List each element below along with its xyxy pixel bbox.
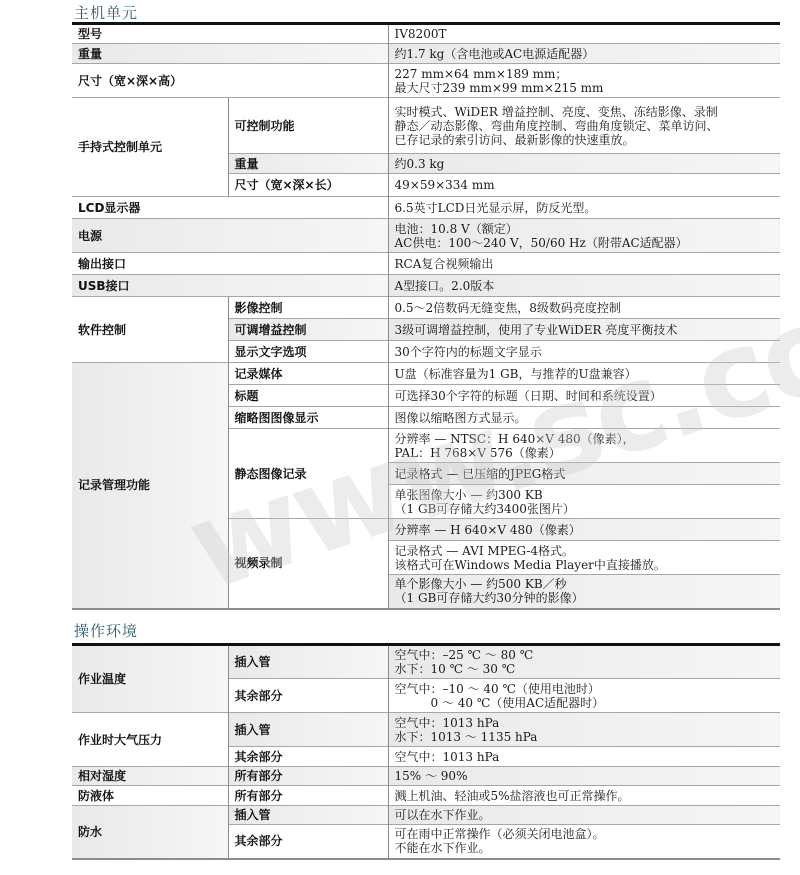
row-value: 图像以缩略图方式显示。 — [388, 407, 780, 429]
value-line: 可在雨中正常操作（必须关闭电池盒）。 — [395, 827, 781, 841]
row-label: 尺寸（宽×深×高） — [72, 64, 388, 98]
table-row: 相对湿度 所有部分 15% ～ 90% — [72, 767, 780, 786]
row-part: 所有部分 — [228, 786, 388, 806]
value-line: 单张图像大小 — 约300 KB — [395, 488, 781, 502]
value-line: 0 ～ 40 ℃（使用AC适配器时） — [395, 696, 781, 710]
row-label: 相对湿度 — [72, 767, 228, 786]
row-value: 15% ～ 90% — [388, 767, 780, 786]
row-label: 其余部分 — [228, 679, 388, 713]
value-line: 单个影像大小 — 约500 KB／秒 — [395, 577, 781, 591]
value-line: 水下：10 ℃ ～ 30 ℃ — [395, 662, 781, 676]
table-row: 作业时大气压力 插入管 空气中：1013 hPa 水下：1013 ～ 1135 … — [72, 713, 780, 747]
row-label: 重量 — [228, 154, 388, 174]
row-label: USB接口 — [72, 275, 388, 297]
table-row: 型号 IV8200T — [72, 24, 780, 44]
table-row: 手持式控制单元 可控制功能 实时模式、WiDER 增益控制、亮度、变焦、冻结影像… — [72, 98, 780, 154]
row-value: 空气中：–25 ℃ ～ 80 ℃ 水下：10 ℃ ～ 30 ℃ — [388, 645, 780, 679]
value-line: 空气中：1013 hPa — [395, 716, 781, 730]
row-label: 标题 — [228, 385, 388, 407]
value-line: 实时模式、WiDER 增益控制、亮度、变焦、冻结影像、录制 — [395, 105, 781, 119]
row-value: A型接口。2.0版本 — [388, 275, 780, 297]
table-row: 电源 电池：10.8 V（额定） AC供电：100～240 V，50/60 Hz… — [72, 219, 780, 253]
row-label: 可控制功能 — [228, 98, 388, 154]
group-label: 作业温度 — [72, 645, 228, 713]
value-line: 空气中：–25 ℃ ～ 80 ℃ — [395, 648, 781, 662]
row-value: 空气中：–10 ～ 40 ℃（使用电池时） 0 ～ 40 ℃（使用AC适配器时） — [388, 679, 780, 713]
row-value: 记录格式 — 已压缩的JPEG格式 — [388, 463, 780, 485]
row-label: 视频录制 — [228, 519, 388, 609]
table-row: 作业温度 插入管 空气中：–25 ℃ ～ 80 ℃ 水下：10 ℃ ～ 30 ℃ — [72, 645, 780, 679]
value-line: 最大尺寸239 mm×99 mm×215 mm — [395, 81, 781, 95]
row-value: 实时模式、WiDER 增益控制、亮度、变焦、冻结影像、录制 静态／动态影像、弯曲… — [388, 98, 780, 154]
value-line: 水下：1013 ～ 1135 hPa — [395, 730, 781, 744]
row-value: 3级可调增益控制，使用了专业WiDER 亮度平衡技术 — [388, 319, 780, 341]
value-line: 空气中：–10 ～ 40 ℃（使用电池时） — [395, 682, 781, 696]
row-label: 插入管 — [228, 806, 388, 825]
row-value: 单个影像大小 — 约500 KB／秒 （1 GB可存储大约30分钟的影像） — [388, 575, 780, 609]
table-row: 防液体 所有部分 溅上机油、轻油或5%盐溶液也可正常操作。 — [72, 786, 780, 806]
table-row: 输出接口 RCA复合视频输出 — [72, 253, 780, 275]
value-line: （1 GB可存储大约30分钟的影像） — [395, 591, 781, 605]
row-label: 型号 — [72, 24, 388, 44]
row-value: 空气中：1013 hPa 水下：1013 ～ 1135 hPa — [388, 713, 780, 747]
table-row: 软件控制 影像控制 0.5～2倍数码无缝变焦，8级数码亮度控制 — [72, 297, 780, 319]
section-title-environment: 操作环境 — [74, 620, 138, 641]
row-value: IV8200T — [388, 24, 780, 44]
group-label: 作业时大气压力 — [72, 713, 228, 767]
group-label: 手持式控制单元 — [72, 98, 228, 197]
row-label: 影像控制 — [228, 297, 388, 319]
group-label: 记录管理功能 — [72, 363, 228, 609]
row-value: 分辨率 — NTSC：H 640×V 480（像素）， PAL：H 768×V … — [388, 429, 780, 463]
section-title-main-unit: 主机单元 — [74, 2, 138, 23]
main-unit-spec-table: 型号 IV8200T 重量 约1.7 kg（含电池或AC电源适配器） 尺寸（宽×… — [72, 22, 780, 610]
row-label: 显示文字选项 — [228, 341, 388, 363]
row-value: 单张图像大小 — 约300 KB （1 GB可存储大约3400张图片） — [388, 485, 780, 519]
row-label: 其余部分 — [228, 747, 388, 767]
value-line: 记录格式 — AVI MPEG-4格式。 — [395, 544, 781, 558]
row-value: 30个字符内的标题文字显示 — [388, 341, 780, 363]
value-line: AC供电：100～240 V，50/60 Hz（附带AC适配器） — [395, 236, 781, 250]
row-value: 空气中：1013 hPa — [388, 747, 780, 767]
row-value: 电池：10.8 V（额定） AC供电：100～240 V，50/60 Hz（附带… — [388, 219, 780, 253]
row-value: 可在雨中正常操作（必须关闭电池盒）。 不能在水下作业。 — [388, 825, 780, 859]
value-line: 不能在水下作业。 — [395, 841, 781, 855]
row-value: RCA复合视频输出 — [388, 253, 780, 275]
row-value: 可选择30个字符的标题（日期、时间和系统设置） — [388, 385, 780, 407]
row-label: 缩略图图像显示 — [228, 407, 388, 429]
row-label: 记录媒体 — [228, 363, 388, 385]
row-value: 49×59×334 mm — [388, 174, 780, 197]
row-value: 记录格式 — AVI MPEG-4格式。 该格式可在Windows Media … — [388, 541, 780, 575]
row-value: 分辨率 — H 640×V 480（像素） — [388, 519, 780, 541]
environment-spec-table: 作业温度 插入管 空气中：–25 ℃ ～ 80 ℃ 水下：10 ℃ ～ 30 ℃… — [72, 643, 780, 860]
row-value: 约0.3 kg — [388, 154, 780, 174]
table-row: 尺寸（宽×深×高） 227 mm×64 mm×189 mm； 最大尺寸239 m… — [72, 64, 780, 98]
row-label: 插入管 — [228, 713, 388, 747]
table-row: 防水 插入管 可以在水下作业。 — [72, 806, 780, 825]
table-row: USB接口 A型接口。2.0版本 — [72, 275, 780, 297]
row-value: 可以在水下作业。 — [388, 806, 780, 825]
table-row: 记录管理功能 记录媒体 U盘（标准容量为1 GB，与推荐的U盘兼容） — [72, 363, 780, 385]
value-line: 已存记录的索引访问、最新影像的快速重放。 — [395, 133, 781, 147]
value-line: 该格式可在Windows Media Player中直接播放。 — [395, 558, 781, 572]
row-label: 电源 — [72, 219, 388, 253]
row-value: 约1.7 kg（含电池或AC电源适配器） — [388, 44, 780, 64]
row-value: 溅上机油、轻油或5%盐溶液也可正常操作。 — [388, 786, 780, 806]
group-label: 软件控制 — [72, 297, 228, 363]
row-label: 输出接口 — [72, 253, 388, 275]
row-label: 可调增益控制 — [228, 319, 388, 341]
row-part: 所有部分 — [228, 767, 388, 786]
value-line: 227 mm×64 mm×189 mm； — [395, 67, 781, 81]
row-value: 0.5～2倍数码无缝变焦，8级数码亮度控制 — [388, 297, 780, 319]
row-value: 227 mm×64 mm×189 mm； 最大尺寸239 mm×99 mm×21… — [388, 64, 780, 98]
value-line: PAL：H 768×V 576（像素） — [395, 446, 781, 460]
row-value: 6.5英寸LCD日光显示屏，防反光型。 — [388, 197, 780, 219]
row-label: LCD显示器 — [72, 197, 388, 219]
group-label: 防水 — [72, 806, 228, 859]
row-label: 插入管 — [228, 645, 388, 679]
row-label: 静态图像记录 — [228, 429, 388, 519]
row-label: 尺寸（宽×深×长） — [228, 174, 388, 197]
row-label: 防液体 — [72, 786, 228, 806]
row-label: 重量 — [72, 44, 388, 64]
value-line: 静态／动态影像、弯曲角度控制、弯曲角度锁定、菜单访问、 — [395, 119, 781, 133]
value-line: 电池：10.8 V（额定） — [395, 222, 781, 236]
value-line: 分辨率 — NTSC：H 640×V 480（像素）， — [395, 432, 781, 446]
table-row: 重量 约1.7 kg（含电池或AC电源适配器） — [72, 44, 780, 64]
value-line: （1 GB可存储大约3400张图片） — [395, 502, 781, 516]
row-value: U盘（标准容量为1 GB，与推荐的U盘兼容） — [388, 363, 780, 385]
table-row: LCD显示器 6.5英寸LCD日光显示屏，防反光型。 — [72, 197, 780, 219]
row-label: 其余部分 — [228, 825, 388, 859]
